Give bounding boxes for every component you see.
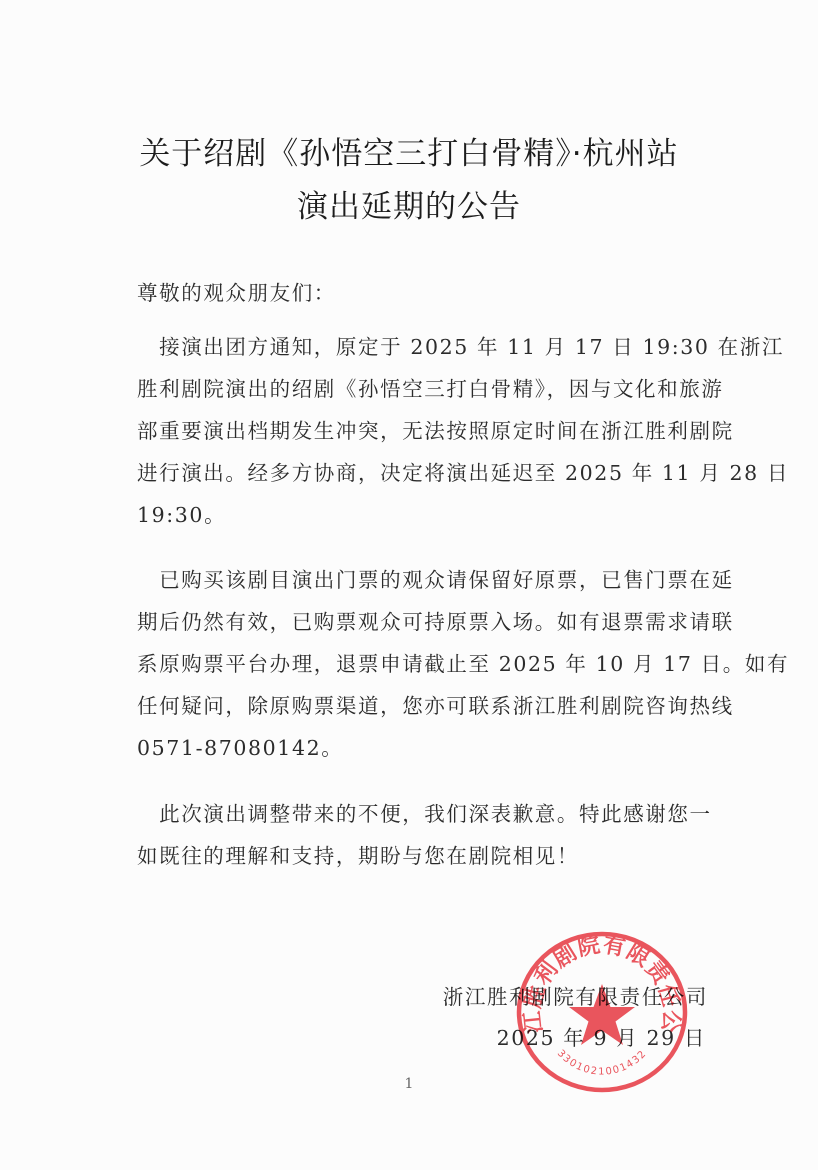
paragraph-line: 19:30。 [137, 494, 717, 536]
paragraph-line: 任何疑问，除原购票渠道，您亦可联系浙江胜利剧院咨询热线 [137, 685, 717, 727]
page-number: 1 [0, 1076, 818, 1092]
paragraph-line: 0571-87080142。 [137, 727, 717, 769]
paragraph-line: 已购买该剧目演出门票的观众请保留好原票，已售门票在延 [137, 559, 717, 601]
paragraph-line: 如既往的理解和支持，期盼与您在剧院相见！ [137, 835, 717, 877]
paragraph-ticket-info: 已购买该剧目演出门票的观众请保留好原票，已售门票在延 期后仍然有效，已购票观众可… [137, 559, 717, 769]
company-seal-icon: 浙江胜利剧院有限责任公司 3301021001432 [512, 926, 692, 1094]
salutation-text: 尊敬的观众朋友们： [137, 272, 717, 314]
paragraph-line: 部重要演出档期发生冲突，无法按照原定时间在浙江胜利剧院 [137, 410, 717, 452]
paragraph-postponement-notice: 接演出团方通知，原定于 2025 年 11 月 17 日 19:30 在浙江 胜… [137, 326, 717, 536]
paragraph-line: 接演出团方通知，原定于 2025 年 11 月 17 日 19:30 在浙江 [137, 326, 717, 368]
document-title-line-2: 演出延期的公告 [0, 181, 818, 226]
paragraph-line: 期后仍然有效，已购票观众可持原票入场。如有退票需求请联 [137, 601, 717, 643]
svg-text:3301021001432: 3301021001432 [555, 1048, 649, 1078]
paragraph-line: 此次演出调整带来的不便，我们深表歉意。特此感谢您一 [137, 793, 717, 835]
paragraph-line: 系原购票平台办理，退票申请截止至 2025 年 10 月 17 日。如有 [137, 643, 717, 685]
paragraph-line: 进行演出。经多方协商，决定将演出延迟至 2025 年 11 月 28 日 [137, 452, 717, 494]
paragraph-line: 胜利剧院演出的绍剧《孙悟空三打白骨精》，因与文化和旅游 [137, 368, 717, 410]
document-title-line-1: 关于绍剧《孙悟空三打白骨精》·杭州站 [0, 128, 818, 173]
document-page: 关于绍剧《孙悟空三打白骨精》·杭州站 演出延期的公告 尊敬的观众朋友们： 接演出… [0, 0, 818, 1170]
paragraph-apology: 此次演出调整带来的不便，我们深表歉意。特此感谢您一 如既往的理解和支持，期盼与您… [137, 793, 717, 877]
salutation: 尊敬的观众朋友们： [137, 272, 717, 314]
